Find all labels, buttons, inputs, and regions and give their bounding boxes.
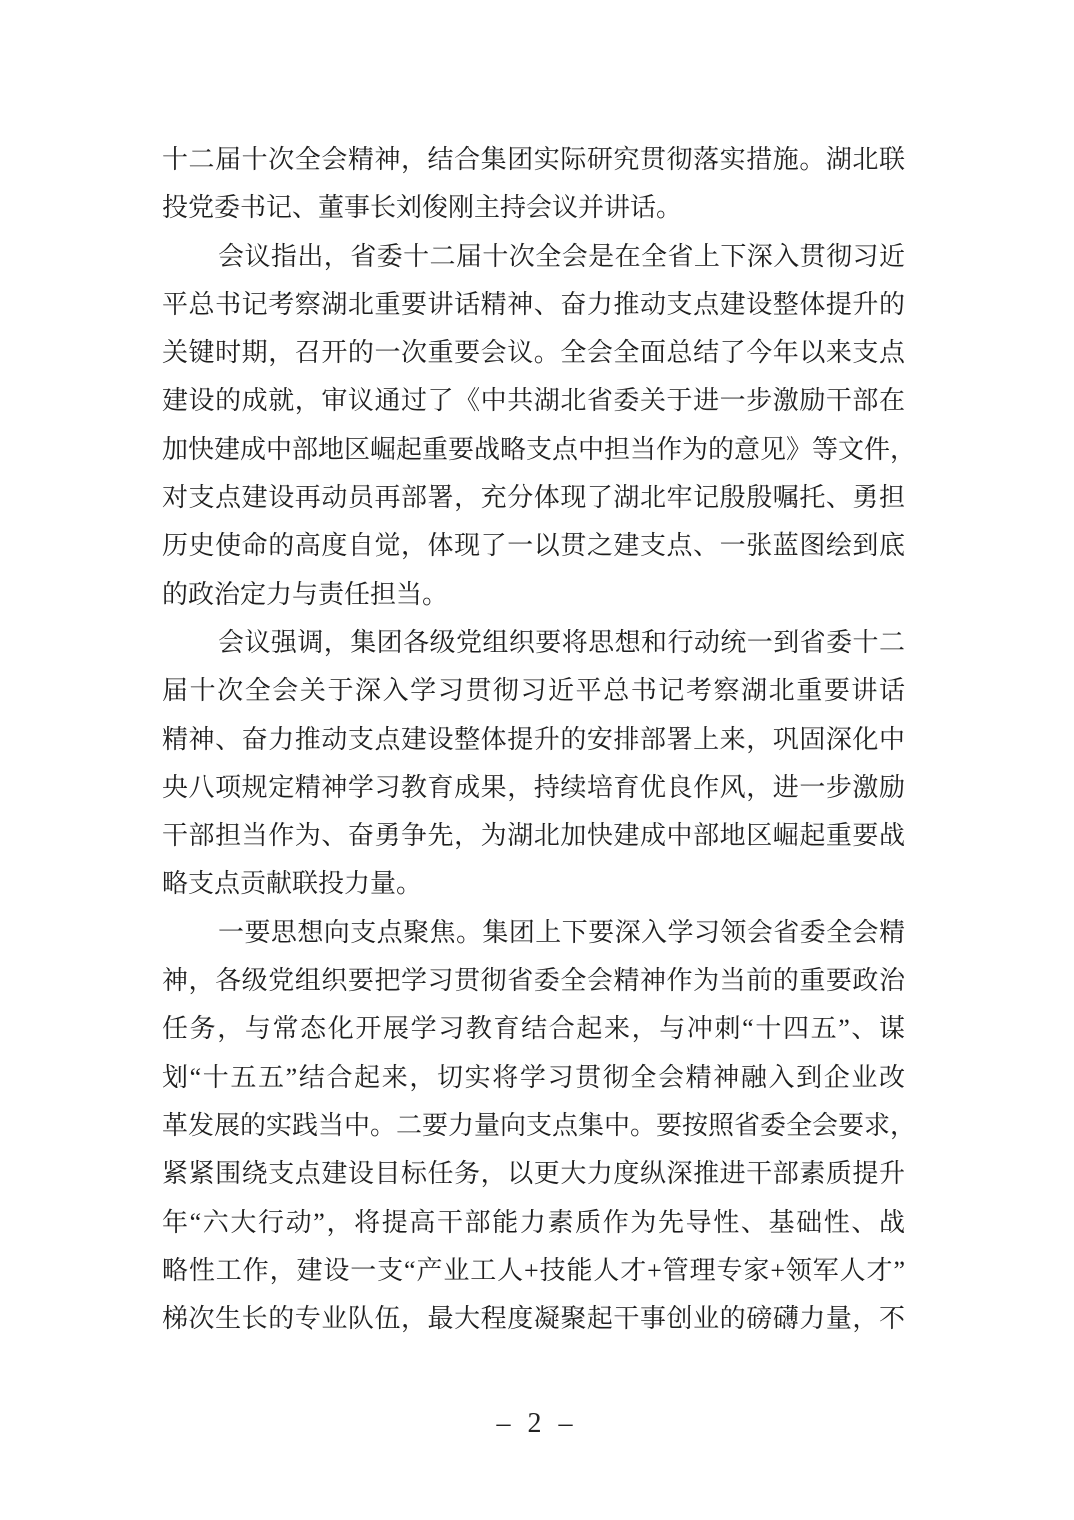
text-line: 加快建成中部地区崛起重要战略支点中担当作为的意见》等文件， [162, 426, 905, 474]
text-line: 央八项规定精神学习教育成果，持续培育优良作风，进一步激励 [162, 764, 905, 812]
text-line: 历史使命的高度自觉，体现了一以贯之建支点、一张蓝图绘到底 [162, 522, 905, 570]
text-line: 梯次生长的专业队伍，最大程度凝聚起干事创业的磅礴力量，不 [162, 1295, 905, 1343]
text-line: 年“六大行动”，将提高干部能力素质作为先导性、基础性、战 [162, 1199, 905, 1247]
text-line: 届十次全会关于深入学习贯彻习近平总书记考察湖北重要讲话 [162, 667, 905, 715]
page-number: – 2 – [0, 1408, 1074, 1440]
text-line: 精神、奋力推动支点建设整体提升的安排部署上来，巩固深化中 [162, 716, 905, 764]
text-line: 的政治定力与责任担当。 [162, 571, 905, 619]
text-line: 建设的成就，审议通过了《中共湖北省委关于进一步激励干部在 [162, 377, 905, 425]
text-line: 投党委书记、董事长刘俊刚主持会议并讲话。 [162, 184, 905, 232]
text-line: 会议强调，集团各级党组织要将思想和行动统一到省委十二 [162, 619, 905, 667]
text-line: 略性工作，建设一支“产业工人+技能人才+管理专家+领军人才” [162, 1247, 905, 1295]
document-body: 十二届十次全会精神，结合集团实际研究贯彻落实措施。湖北联投党委书记、董事长刘俊刚… [162, 136, 905, 1343]
text-line: 平总书记考察湖北重要讲话精神、奋力推动支点建设整体提升的 [162, 281, 905, 329]
text-line: 一要思想向支点聚焦。集团上下要深入学习领会省委全会精 [162, 909, 905, 957]
text-line: 会议指出，省委十二届十次全会是在全省上下深入贯彻习近 [162, 233, 905, 281]
text-line: 紧紧围绕支点建设目标任务，以更大力度纵深推进干部素质提升 [162, 1150, 905, 1198]
text-line: 神，各级党组织要把学习贯彻省委全会精神作为当前的重要政治 [162, 957, 905, 1005]
text-line: 革发展的实践当中。二要力量向支点集中。要按照省委全会要求， [162, 1102, 905, 1150]
text-line: 十二届十次全会精神，结合集团实际研究贯彻落实措施。湖北联 [162, 136, 905, 184]
document-page: 十二届十次全会精神，结合集团实际研究贯彻落实措施。湖北联投党委书记、董事长刘俊刚… [0, 0, 1074, 1520]
text-line: 任务，与常态化开展学习教育结合起来，与冲刺“十四五”、谋 [162, 1005, 905, 1053]
text-line: 对支点建设再动员再部署，充分体现了湖北牢记殷殷嘱托、勇担 [162, 474, 905, 522]
text-line: 略支点贡献联投力量。 [162, 860, 905, 908]
text-line: 关键时期，召开的一次重要会议。全会全面总结了今年以来支点 [162, 329, 905, 377]
text-line: 干部担当作为、奋勇争先，为湖北加快建成中部地区崛起重要战 [162, 812, 905, 860]
text-line: 划“十五五”结合起来，切实将学习贯彻全会精神融入到企业改 [162, 1054, 905, 1102]
